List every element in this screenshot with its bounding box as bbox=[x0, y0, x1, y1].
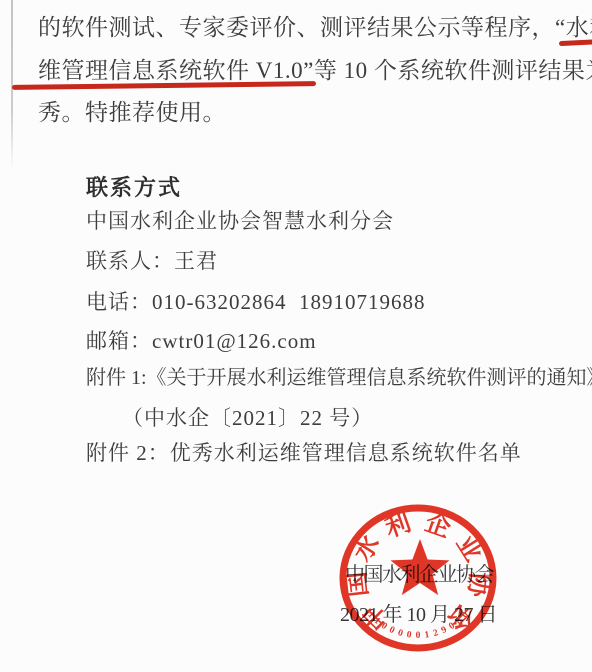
contact-organization: 中国水利企业协会智慧水利分会 bbox=[86, 209, 394, 233]
svg-text:2: 2 bbox=[432, 628, 440, 639]
official-red-seal: 中国水利企业协会 1100000129080 bbox=[328, 494, 508, 664]
svg-text:0: 0 bbox=[416, 631, 421, 641]
paragraph-line-2: 维管理信息系统软件 V1.0”等 10 个系统软件测评结果为优 bbox=[38, 58, 592, 84]
red-underlined-text: 维管理信息系统软件 V1.0” bbox=[38, 58, 314, 84]
paragraph-text: 秀。特推荐使用。 bbox=[38, 100, 226, 125]
svg-text:协: 协 bbox=[463, 570, 494, 599]
contact-email: 邮箱：cwtr01@126.com bbox=[86, 329, 317, 353]
contact-heading: 联系方式 bbox=[86, 171, 182, 202]
svg-text:国: 国 bbox=[343, 570, 374, 598]
document-page: 的软件测试、专家委评价、测评结果公示等程序，“水利运 维管理信息系统软件 V1.… bbox=[0, 0, 592, 672]
paragraph-text: 等 10 个系统软件测评结果为优 bbox=[314, 58, 592, 83]
attachment-1-reference: （中水企〔2021〕22 号） bbox=[122, 406, 373, 430]
paragraph-line-1: 的软件测试、专家委评价、测评结果公示等程序，“水利运 bbox=[38, 15, 592, 41]
svg-text:1: 1 bbox=[424, 630, 430, 641]
svg-text:0: 0 bbox=[396, 628, 404, 639]
paragraph-text: 的软件测试、专家委评价、测评结果公示等程序， bbox=[38, 15, 555, 40]
attachment-1-line: 附件 1:《关于开展水利运维管理信息系统软件测评的通知》 bbox=[86, 366, 592, 390]
attachment-2-line: 附件 2：优秀水利运维管理信息系统软件名单 bbox=[86, 441, 522, 465]
svg-text:9: 9 bbox=[440, 625, 449, 636]
contact-person: 联系人：王君 bbox=[86, 249, 218, 273]
svg-text:0: 0 bbox=[406, 630, 412, 641]
paragraph-line-3: 秀。特推荐使用。 bbox=[38, 100, 226, 126]
svg-text:会: 会 bbox=[442, 599, 480, 637]
svg-text:0: 0 bbox=[388, 625, 397, 636]
seal-star-icon bbox=[391, 539, 450, 595]
red-underlined-text: “水利运 bbox=[555, 15, 592, 41]
contact-phone: 电话：010-63202864 18910719688 bbox=[86, 290, 426, 314]
